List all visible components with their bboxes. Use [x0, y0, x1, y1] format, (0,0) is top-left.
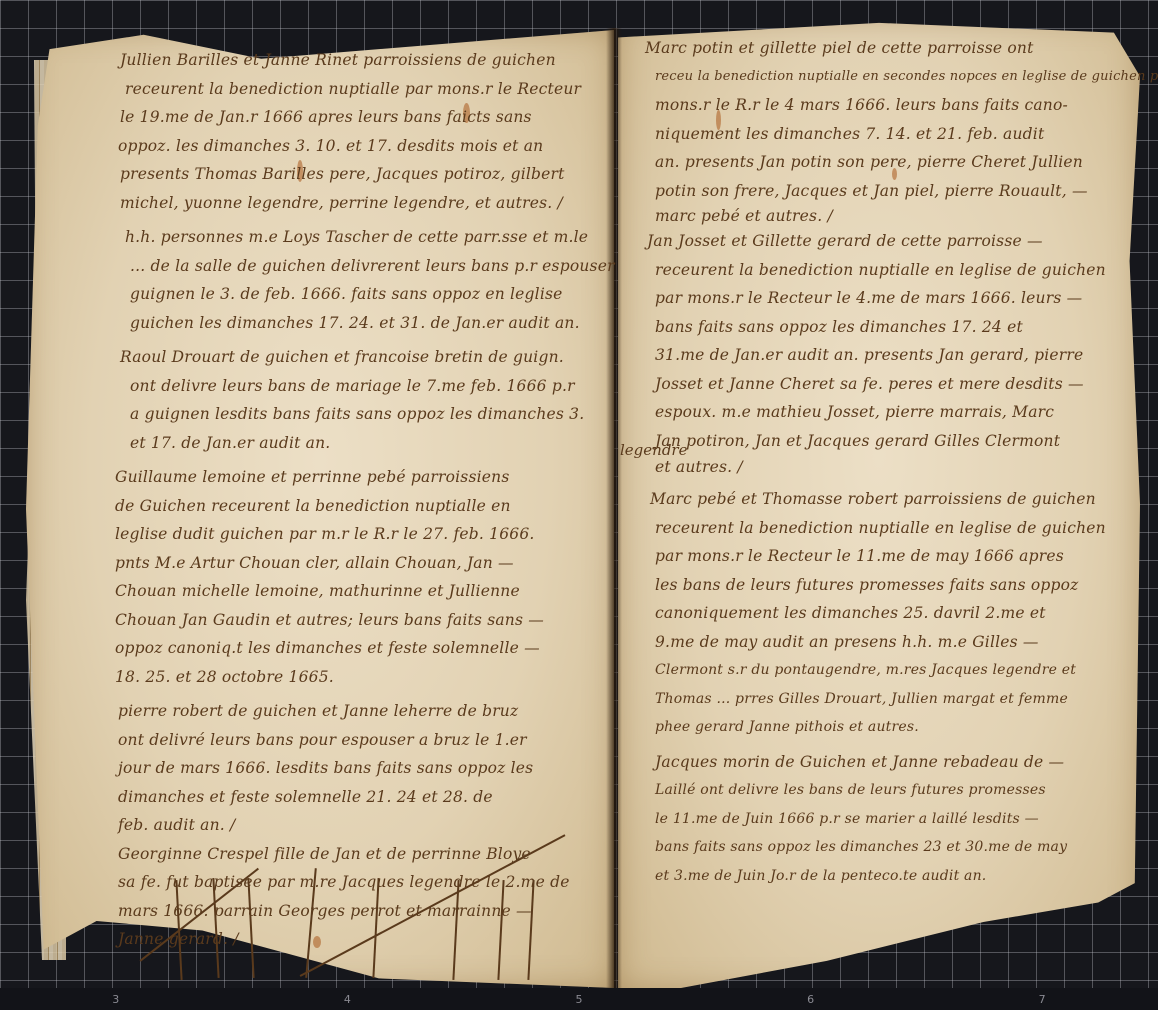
- margin-note: legendre: [620, 441, 687, 459]
- entry-line: receurent la benediction nuptialle par m…: [125, 75, 610, 104]
- ruler-mark: 5: [575, 993, 582, 1006]
- entry-line: Chouan michelle lemoine, mathurinne et J…: [115, 577, 610, 606]
- entry-line: h.h. personnes m.e Loys Tascher de cette…: [125, 223, 610, 252]
- entry-line: mons.r le R.r le 4 mars 1666. leurs bans…: [655, 91, 1145, 120]
- entry-line: niquement les dimanches 7. 14. et 21. fe…: [655, 120, 1145, 149]
- entry-line: Jacques morin de Guichen et Janne rebade…: [655, 748, 1145, 777]
- ruler-mark: 6: [807, 993, 814, 1006]
- entry-line: an. presents Jan potin son pere, pierre …: [655, 148, 1145, 177]
- register-entry: Marc potin et gillette piel de cette par…: [655, 34, 1145, 227]
- left-page-text: Jullien Barilles et Janne Rinet parroiss…: [130, 46, 610, 954]
- entry-line: feb. audit an. /: [118, 811, 610, 840]
- entry-line: oppoz canoniq.t les dimanches et feste s…: [115, 634, 610, 663]
- entry-line: Clermont s.r du pontaugendre, m.res Jacq…: [655, 656, 1145, 685]
- entry-line: le 11.me de Juin 1666 p.r se marier a la…: [655, 805, 1145, 834]
- register-entry: pierre robert de guichen et Janne leherr…: [130, 697, 610, 840]
- entry-line: Marc pebé et Thomasse robert parroissien…: [650, 485, 1145, 514]
- entry-line: Raoul Drouart de guichen et francoise br…: [120, 343, 610, 372]
- entry-line: Jullien Barilles et Janne Rinet parroiss…: [120, 46, 610, 75]
- ruler-mark: 3: [112, 993, 119, 1006]
- entry-line: canoniquement les dimanches 25. davril 2…: [655, 599, 1145, 628]
- ruler-mark: 4: [344, 993, 351, 1006]
- entry-line: Jan potiron, Jan et Jacques gerard Gille…: [655, 427, 1145, 456]
- entry-line: guignen le 3. de feb. 1666. faits sans o…: [130, 280, 610, 309]
- entry-line: ont delivré leurs bans pour espouser a b…: [118, 726, 610, 755]
- register-entry: Raoul Drouart de guichen et francoise br…: [130, 343, 610, 457]
- entry-line: pierre robert de guichen et Janne leherr…: [118, 697, 610, 726]
- entry-line: oppoz. les dimanches 3. 10. et 17. desdi…: [118, 132, 610, 161]
- entry-line: 18. 25. et 28 octobre 1665.: [115, 663, 610, 692]
- measurement-ruler: 3 4 5 6 7: [0, 988, 1158, 1010]
- entry-line: les bans de leurs futures promesses fait…: [655, 571, 1145, 600]
- ruler-mark: 7: [1039, 993, 1046, 1006]
- entry-line: sa fe. fut baptisée par m.re Jacques leg…: [118, 868, 610, 897]
- entry-line: 31.me de Jan.er audit an. presents Jan g…: [655, 341, 1145, 370]
- right-page-text: Marc potin et gillette piel de cette par…: [655, 34, 1145, 890]
- entry-line: presents Thomas Barilles pere, Jacques p…: [120, 160, 610, 189]
- entry-line: bans faits sans oppoz les dimanches 17. …: [655, 313, 1145, 342]
- entry-line: Jan Josset et Gillette gerard de cette p…: [647, 227, 1145, 256]
- entry-line: Thomas ... prres Gilles Drouart, Jullien…: [655, 685, 1145, 714]
- entry-line: marc pebé et autres. /: [655, 205, 1145, 227]
- entry-line: le 19.me de Jan.r 1666 apres leurs bans …: [120, 103, 610, 132]
- register-entry: Jacques morin de Guichen et Janne rebade…: [655, 748, 1145, 891]
- entry-line: ... de la salle de guichen delivrerent l…: [130, 252, 610, 281]
- entry-line: et autres. /: [655, 455, 1145, 479]
- entry-line: potin son frere, Jacques et Jan piel, pi…: [655, 177, 1145, 206]
- entry-line: et 17. de Jan.er audit an.: [130, 429, 610, 458]
- entry-line: ont delivre leurs bans de mariage le 7.m…: [130, 372, 610, 401]
- entry-line: pnts M.e Artur Chouan cler, allain Choua…: [115, 549, 610, 578]
- entry-line: phee gerard Janne pithois et autres.: [655, 713, 1145, 742]
- entry-line: leglise dudit guichen par m.r le R.r le …: [115, 520, 610, 549]
- entry-line: Guillaume lemoine et perrinne pebé parro…: [115, 463, 610, 492]
- register-entry: Guillaume lemoine et perrinne pebé parro…: [130, 463, 610, 691]
- entry-line: a guignen lesdits bans faits sans oppoz …: [130, 400, 610, 429]
- entry-line: Janne gerard. /: [118, 925, 610, 954]
- entry-line: dimanches et feste solemnelle 21. 24 et …: [118, 783, 610, 812]
- entry-line: Chouan Jan Gaudin et autres; leurs bans …: [115, 606, 610, 635]
- entry-line: et 3.me de Juin Jo.r de la penteco.te au…: [655, 862, 1145, 891]
- entry-line: jour de mars 1666. lesdits bans faits sa…: [118, 754, 610, 783]
- entry-line: receu la benediction nuptialle en second…: [655, 63, 1145, 92]
- entry-line: Josset et Janne Cheret sa fe. peres et m…: [655, 370, 1145, 399]
- entry-line: de Guichen receurent la benediction nupt…: [115, 492, 610, 521]
- entry-line: bans faits sans oppoz les dimanches 23 e…: [655, 833, 1145, 862]
- entry-line: michel, yuonne legendre, perrine legendr…: [120, 189, 610, 218]
- entry-line: par mons.r le Recteur le 4.me de mars 16…: [655, 284, 1145, 313]
- entry-line: guichen les dimanches 17. 24. et 31. de …: [130, 309, 610, 338]
- entry-line: Marc potin et gillette piel de cette par…: [645, 34, 1145, 63]
- entry-line: receurent la benediction nuptialle en le…: [655, 514, 1145, 543]
- entry-line: receurent la benediction nuptialle en le…: [655, 256, 1145, 285]
- register-entry: h.h. personnes m.e Loys Tascher de cette…: [130, 223, 610, 337]
- entry-line: 9.me de may audit an presens h.h. m.e Gi…: [655, 628, 1145, 657]
- entry-line: par mons.r le Recteur le 11.me de may 16…: [655, 542, 1145, 571]
- register-entry: Jullien Barilles et Janne Rinet parroiss…: [130, 46, 610, 217]
- entry-line: espoux. m.e mathieu Josset, pierre marra…: [655, 398, 1145, 427]
- register-entry: Marc pebé et Thomasse robert parroissien…: [655, 485, 1145, 742]
- register-entry: Jan Josset et Gillette gerard de cette p…: [655, 227, 1145, 479]
- entry-line: Georginne Crespel fille de Jan et de per…: [118, 840, 610, 869]
- entry-line: Laillé ont delivre les bans de leurs fut…: [655, 776, 1145, 805]
